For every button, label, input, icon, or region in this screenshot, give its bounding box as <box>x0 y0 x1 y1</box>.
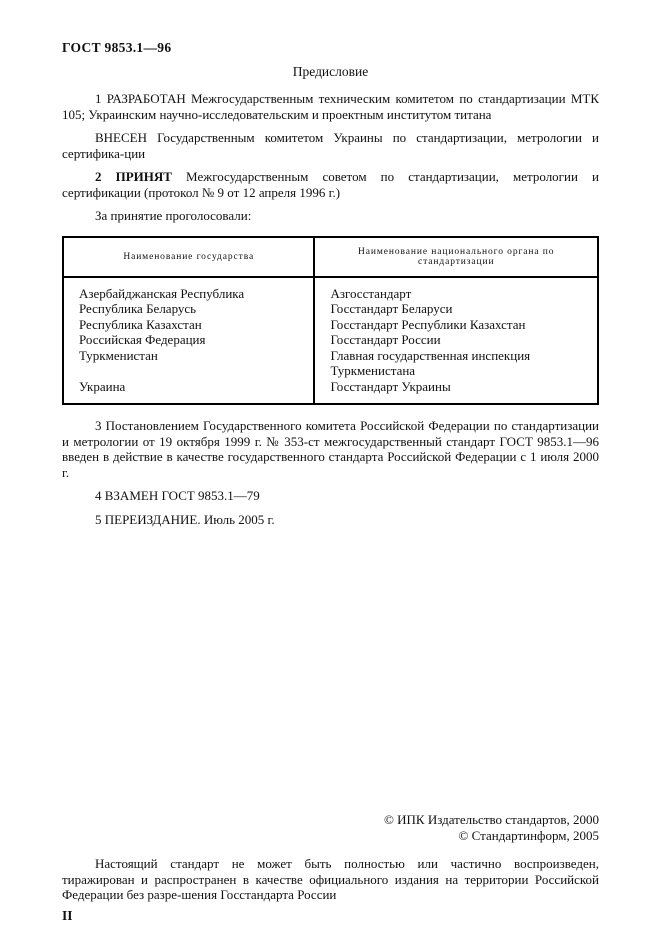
table-cell-country: Российская Федерация <box>63 332 314 348</box>
table-row: Азербайджанская Республика Азгосстандарт <box>63 277 598 302</box>
table-cell-body: Азгосстандарт <box>314 277 598 302</box>
vote-intro: За принятие проголосовали: <box>62 208 599 224</box>
paragraph-replaces: 4 ВЗАМЕН ГОСТ 9853.1—79 <box>62 488 599 504</box>
table-cell-country: Республика Беларусь <box>63 301 314 317</box>
table-cell-country: Республика Казахстан <box>63 317 314 333</box>
table-cell-body: Госстандарт Республики Казахстан <box>314 317 598 333</box>
voting-table-header-row: Наименование государства Наименование на… <box>63 237 598 277</box>
paragraph-adopted-label: 2 ПРИНЯТ <box>95 169 172 184</box>
table-header-national-body: Наименование национального органа по ста… <box>314 237 598 277</box>
page-number: II <box>62 908 599 924</box>
paragraph-developed: 1 РАЗРАБОТАН Межгосударственным техничес… <box>62 91 599 122</box>
copyright-line-2: © Стандартинформ, 2005 <box>62 828 599 844</box>
page-content: Предисловие 1 РАЗРАБОТАН Межгосударствен… <box>62 64 599 924</box>
voting-table-body: Азербайджанская Республика Азгосстандарт… <box>63 277 598 405</box>
table-cell-country: Украина <box>63 379 314 405</box>
voting-table-head: Наименование государства Наименование на… <box>63 237 598 277</box>
page-title: Предисловие <box>62 64 599 80</box>
table-cell-body: Госстандарт Украины <box>314 379 598 405</box>
copyright-line-1: © ИПК Издательство стандартов, 2000 <box>62 812 599 828</box>
doc-code: ГОСТ 9853.1—96 <box>62 40 171 56</box>
document-page: ГОСТ 9853.1—96 Предисловие 1 РАЗРАБОТАН … <box>0 0 661 936</box>
table-cell-body: Госстандарт России <box>314 332 598 348</box>
table-header-country: Наименование государства <box>63 237 314 277</box>
table-row: Республика Казахстан Госстандарт Республ… <box>63 317 598 333</box>
paragraph-developed-label: 1 РАЗРАБОТАН <box>95 91 186 106</box>
copyright-block: © ИПК Издательство стандартов, 2000 © Ст… <box>62 812 599 843</box>
paragraph-reissue: 5 ПЕРЕИЗДАНИЕ. Июль 2005 г. <box>62 512 599 528</box>
table-cell-country: Туркменистан <box>63 348 314 379</box>
paragraph-submitted: ВНЕСЕН Государственным комитетом Украины… <box>62 130 599 161</box>
table-cell-country: Азербайджанская Республика <box>63 277 314 302</box>
voting-table: Наименование государства Наименование на… <box>62 236 599 406</box>
paragraph-adopted: 2 ПРИНЯТ Межгосударственным советом по с… <box>62 169 599 200</box>
table-row: Туркменистан Главная государственная инс… <box>63 348 598 379</box>
table-row: Республика Беларусь Госстандарт Беларуси <box>63 301 598 317</box>
table-row: Украина Госстандарт Украины <box>63 379 598 405</box>
paragraph-resolution: 3 Постановлением Государственного комите… <box>62 418 599 480</box>
paragraph-submitted-label: ВНЕСЕН <box>95 130 147 145</box>
table-row: Российская Федерация Госстандарт России <box>63 332 598 348</box>
table-cell-body: Госстандарт Беларуси <box>314 301 598 317</box>
restriction-notice: Настоящий стандарт не может быть полност… <box>62 856 599 903</box>
table-cell-body: Главная государственная инспекция Туркме… <box>314 348 598 379</box>
